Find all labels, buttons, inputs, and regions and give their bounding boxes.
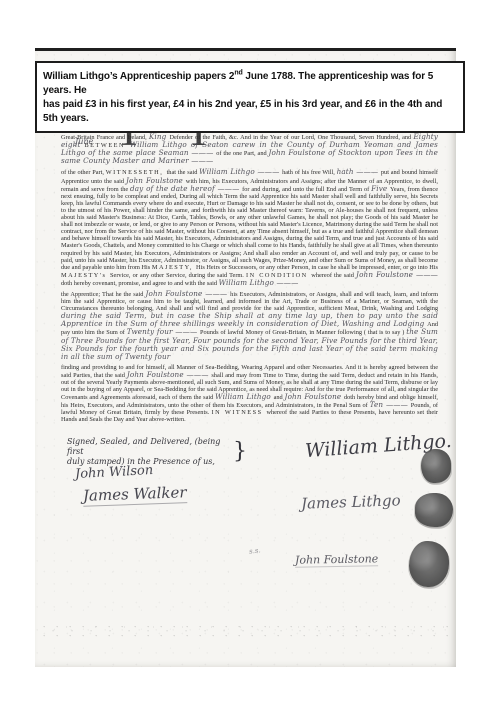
handwritten-text: Five	[371, 184, 390, 193]
ink-seal-icon	[409, 541, 449, 587]
attestation-block: Signed, Sealed, and Delivered, (being fi…	[67, 437, 247, 467]
attestation-text: Signed, Sealed, and Delivered, (being fi…	[67, 437, 229, 467]
printed-text: of the one Part, and	[216, 150, 268, 157]
caption-text: William Lithgo’s Apprenticeship papers 2	[43, 71, 234, 82]
printed-text: of the other Part,	[61, 169, 106, 176]
agreement-clause: finding and providing to and for himself…	[61, 364, 438, 424]
printed-text: and	[274, 394, 285, 401]
covenant-clause: the Apprentice; That he the said John Fo…	[61, 290, 438, 361]
signature-james-lithgo: James Lithgo	[301, 491, 401, 512]
handwritten-text: William Lithgo ———	[199, 167, 282, 176]
ink-seal-icon	[415, 493, 453, 527]
handwritten-text: John Foulstone ———	[356, 270, 438, 279]
handwritten-text: William Lithgo ———	[219, 278, 299, 287]
handwritten-text: William Lithgo	[215, 392, 273, 401]
handwritten-text: during the said Term, but in case the Sh…	[61, 311, 438, 328]
signature-john-foulstone: John Foulstone	[295, 552, 378, 567]
document-scan: T I HIS NDENTURE made the Second Day of …	[35, 48, 456, 667]
printed-text: doth hereby covenant, promise, and agree…	[61, 280, 219, 287]
caption-line-1: William Lithgo’s Apprenticeship papers 2…	[43, 71, 433, 96]
printed-text: whereof the said	[311, 272, 356, 279]
caption-superscript: nd	[234, 70, 242, 77]
handwritten-text: Ten ———	[370, 400, 411, 409]
printed-text: the Apprentice; That he the said	[61, 291, 145, 298]
printed-text: MAJESTY's	[61, 272, 110, 279]
caption-box: William Lithgo’s Apprenticeship papers 2…	[35, 61, 465, 133]
witnesseth-clause: of the other Part, WITNESSETH, that the …	[61, 168, 438, 287]
attestation-brace: }	[233, 447, 247, 457]
stamp-duty-mark: s.s.	[248, 546, 261, 556]
handwritten-text: John Foulstone ———	[145, 289, 230, 298]
printed-text: hath of his free Will,	[282, 169, 336, 176]
caption-line-2: has paid £3 in his first year, £4 in his…	[43, 99, 442, 124]
printed-text: IN WITNESS	[212, 409, 267, 416]
witness-signature-james-walker: James Walker	[83, 483, 187, 507]
signature-area: Signed, Sealed, and Delivered, (being fi…	[61, 429, 438, 644]
ink-seal-icon	[421, 449, 451, 483]
attestation-line-1: Signed, Sealed, and Delivered, (being fi…	[67, 437, 220, 456]
handwritten-text: day of the date hereof ———	[130, 184, 242, 193]
handwritten-text: John Foulstone	[285, 392, 344, 401]
handwritten-text: hath ———	[337, 167, 381, 176]
printed-text: Years, from thence next ensuing, fully t…	[61, 186, 438, 271]
indenture-document: T I HIS NDENTURE made the Second Day of …	[35, 51, 456, 667]
handwritten-text: John Foulstone ———	[127, 370, 211, 379]
printed-text: MAJESTY,	[152, 264, 196, 271]
printed-text: for and during, and unto the full End an…	[242, 186, 371, 193]
